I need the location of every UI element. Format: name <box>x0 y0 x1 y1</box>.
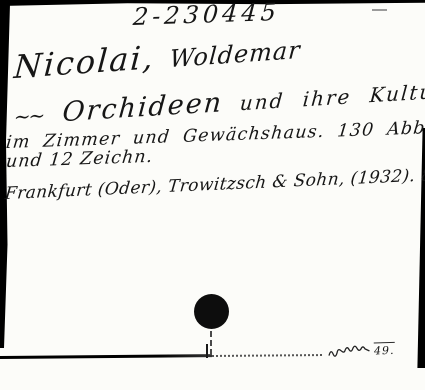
scribble-icon <box>328 345 370 359</box>
top-right-dash-mark <box>372 9 387 11</box>
card-left-edge <box>0 4 10 348</box>
title-line1-rest: und ihre Kultur <box>239 79 425 116</box>
card-bottom-edge-dotted <box>212 354 322 357</box>
call-number: 2-230445 <box>132 0 281 31</box>
author-repeat-mark: ~~ <box>13 103 44 129</box>
title-line-3: und 12 Zeichn. <box>5 147 154 172</box>
bottom-tick-mark <box>206 344 208 358</box>
title-main-word: Orchideen <box>61 87 224 128</box>
annotation-number: 49. <box>374 342 395 358</box>
author-forename: Woldemar <box>169 36 302 73</box>
punch-hole-dashed-trail <box>210 331 212 355</box>
author-line: Nicolai, Woldemar <box>13 28 302 86</box>
card-bottom-edge <box>0 354 212 359</box>
card-right-edge <box>417 128 425 368</box>
catalog-card-scan: 2-230445 Nicolai, Woldemar ~~ Orchideen … <box>0 0 425 390</box>
punch-hole <box>194 294 229 329</box>
bottom-right-annotation: 49. <box>328 342 395 359</box>
author-surname: Nicolai, <box>13 38 156 86</box>
